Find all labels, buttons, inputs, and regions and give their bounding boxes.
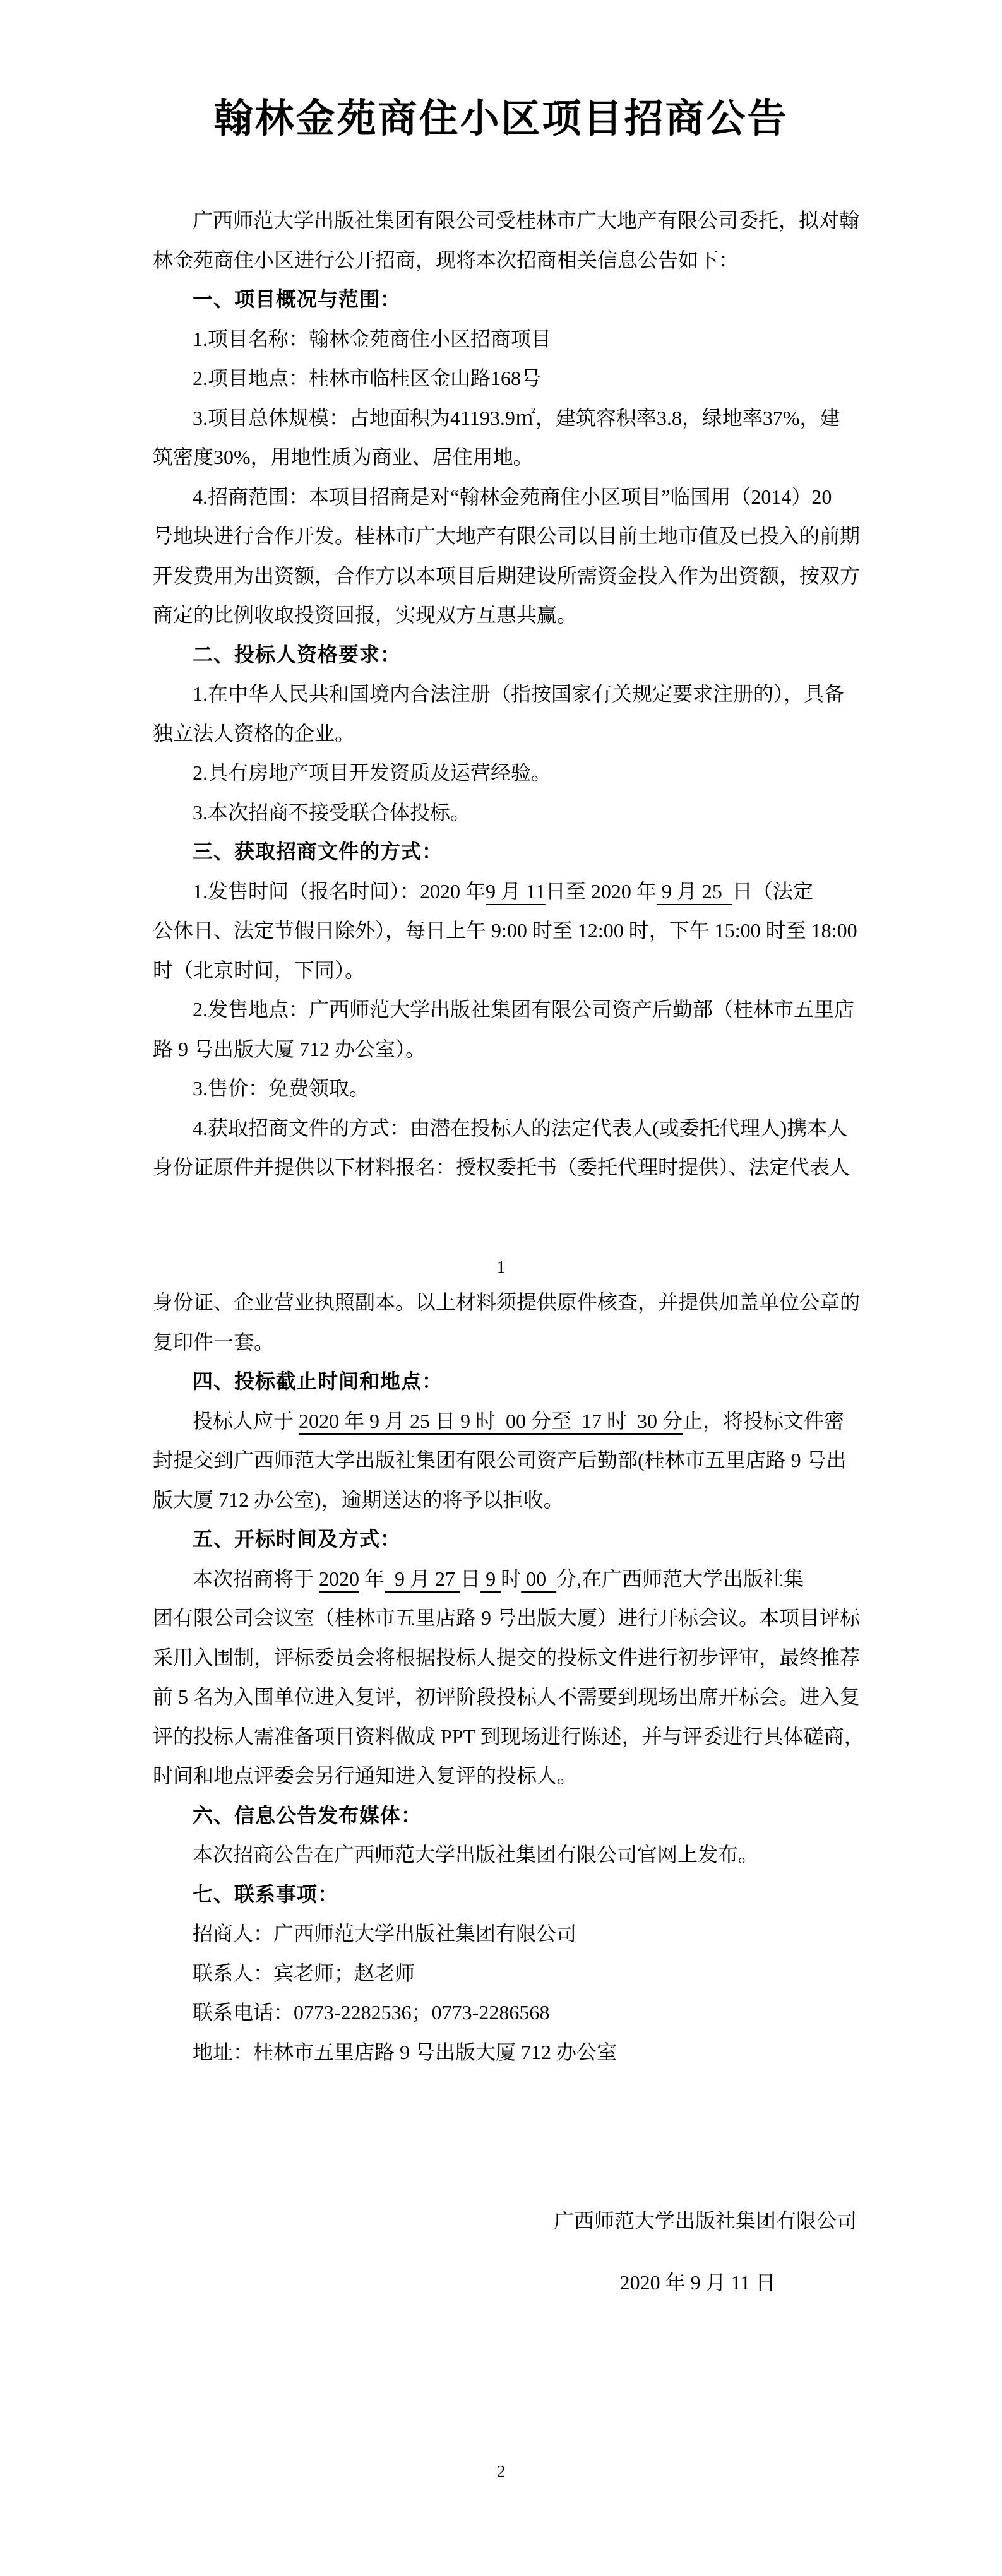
- text-line: 2.发售地点：广西师范大学出版社集团有限公司资产后勤部（桂林市五里店: [153, 990, 866, 1030]
- text-segment: 广西师范大学出版社集团有限公司受桂林市广大地产有限公司委托，拟对翰: [193, 209, 859, 232]
- text-segment: 2.发售地点：广西师范大学出版社集团有限公司资产后勤部（桂林市五里店: [193, 998, 854, 1021]
- page2-number: 2: [0, 2462, 1002, 2481]
- text-line: 2.具有房地产项目开发资质及运营经验。: [153, 753, 866, 793]
- section-heading: 七、联系事项：: [153, 1875, 866, 1914]
- underlined-date-text: 00: [521, 1567, 556, 1590]
- text-segment: 二、投标人资格要求：: [193, 643, 401, 666]
- text-segment: 4.招商范围：本项目招商是对“翰林金苑商住小区项目”临国用（2014）20: [193, 485, 832, 508]
- text-line: 3.项目总体规模：占地面积为41193.9㎡，建筑容积率3.8，绿地率37%，建: [153, 398, 866, 438]
- text-line: 时间和地点评委会另行通知进入复评的投标人。: [153, 1756, 866, 1796]
- text-line: 商定的比例收取投资回报，实现双方互惠共赢。: [153, 595, 866, 635]
- page2-text-block: 身份证、企业营业执照副本。以上材料须提供原件核查，并提供加盖单位公章的复印件一套…: [153, 1283, 866, 2072]
- text-segment: 4.获取招商文件的方式：由潜在投标人的法定代表人(或委托代理人)携本人: [193, 1117, 847, 1139]
- text-line: 采用入围制，评标委员会将根据投标人提交的投标文件进行初步评审，最终推荐: [153, 1638, 866, 1678]
- text-segment: 止，将投标文件密: [683, 1410, 844, 1432]
- text-line: 1.发售时间（报名时间）：2020 年9 月 11日至 2020 年 9 月 2…: [153, 872, 866, 911]
- text-segment: 身份证原件并提供以下材料报名：授权委托书（委托代理时提供）、法定代表人: [153, 1156, 850, 1178]
- text-line: 招商人：广西师范大学出版社集团有限公司: [153, 1914, 866, 1954]
- text-line: 身份证、企业营业执照副本。以上材料须提供原件核查，并提供加盖单位公章的: [153, 1283, 866, 1322]
- text-line: 广西师范大学出版社集团有限公司受桂林市广大地产有限公司委托，拟对翰: [153, 201, 866, 240]
- section-heading: 四、投标截止时间和地点：: [153, 1362, 866, 1401]
- text-segment: 时间和地点评委会另行通知进入复评的投标人。: [153, 1764, 577, 1787]
- page1-number: 1: [0, 1257, 1002, 1276]
- text-segment: 本次招商公告在广西师范大学出版社集团有限公司官网上发布。: [193, 1843, 758, 1866]
- text-line: 筑密度30%，用地性质为商业、居住用地。: [153, 437, 866, 477]
- section-heading: 一、项目概况与范围：: [153, 280, 866, 319]
- text-segment: 复印件一套。: [153, 1331, 274, 1353]
- text-segment: 路 9 号出版大厦 712 办公室）。: [153, 1038, 426, 1060]
- text-line: 独立法人资格的企业。: [153, 714, 866, 754]
- text-segment: 时（北京时间，下同）。: [153, 959, 365, 982]
- text-segment: 七、联系事项：: [193, 1883, 338, 1906]
- signature-company: 广西师范大学出版社集团有限公司: [0, 2202, 857, 2240]
- text-segment: 林金苑商住小区进行公开招商，现将本次招商相关信息公告如下：: [153, 249, 739, 271]
- text-line: 复印件一套。: [153, 1322, 866, 1362]
- text-line: 3.本次招商不接受联合体投标。: [153, 793, 866, 833]
- text-segment: 四、投标截止时间和地点：: [193, 1370, 443, 1392]
- text-segment: 日（法定: [732, 880, 813, 903]
- document-title: 翰林金苑商住小区项目招商公告: [0, 92, 1002, 146]
- text-segment: 身份证、企业营业执照副本。以上材料须提供原件核查，并提供加盖单位公章的: [153, 1291, 860, 1314]
- section-heading: 三、获取招商文件的方式：: [153, 832, 866, 872]
- text-line: 1.项目名称：翰林金苑商住小区招商项目: [153, 319, 866, 359]
- text-segment: 3.售价：免费领取。: [193, 1077, 369, 1100]
- text-segment: 1.发售时间（报名时间）：2020 年: [193, 880, 486, 903]
- text-line: 4.招商范围：本项目招商是对“翰林金苑商住小区项目”临国用（2014）20: [153, 477, 866, 517]
- text-line: 团有限公司会议室（桂林市五里店路 9 号出版大厦）进行开标会议。本项目评标: [153, 1598, 866, 1638]
- text-line: 1.在中华人民共和国境内合法注册（指按国家有关规定要求注册的），具备: [153, 674, 866, 714]
- text-line: 2.项目地点：桂林市临桂区金山路168号: [153, 359, 866, 398]
- text-line: 本次招商将于 2020 年 9 月 27 日 9 时 00 分,在广西师范大学出…: [153, 1559, 866, 1599]
- text-segment: 2.具有房地产项目开发资质及运营经验。: [193, 761, 551, 784]
- text-line: 号地块进行合作开发。桂林市广大地产有限公司以目前土地市值及已投入的前期: [153, 516, 866, 556]
- underlined-date-text: 9 月 27: [385, 1567, 460, 1590]
- text-segment: 公休日、法定节假日除外），每日上午 9:00 时至 12:00 时，下午 15:…: [153, 919, 857, 942]
- text-segment: 评的投标人需准备项目资料做成 PPT 到现场进行陈述，并与评委进行具体磋商，: [153, 1725, 864, 1748]
- signature-date: 2020 年 9 月 11 日: [540, 2264, 856, 2301]
- text-segment: 1.在中华人民共和国境内合法注册（指按国家有关规定要求注册的），具备: [193, 682, 844, 705]
- text-line: 3.售价：免费领取。: [153, 1069, 866, 1108]
- text-segment: 一、项目概况与范围：: [193, 288, 401, 311]
- text-segment: 招商人：广西师范大学出版社集团有限公司: [193, 1922, 576, 1945]
- text-segment: 联系人：宾老师；赵老师: [193, 1962, 415, 1985]
- text-segment: 2.项目地点：桂林市临桂区金山路168号: [193, 367, 541, 389]
- text-segment: 地址：桂林市五里店路 9 号出版大厦 712 办公室: [193, 2041, 617, 2063]
- text-line: 投标人应于 2020 年 9 月 25 日 9 时 00 分至 17 时 30 …: [153, 1401, 866, 1441]
- section-heading: 二、投标人资格要求：: [153, 635, 866, 675]
- text-segment: 本次招商将于: [193, 1567, 319, 1590]
- text-segment: 商定的比例收取投资回报，实现双方互惠共赢。: [153, 603, 577, 626]
- text-segment: 前 5 名为入围单位进入复评，初评阶段投标人不需要到现场出席开标会。进入复: [153, 1685, 860, 1708]
- text-line: 林金苑商住小区进行公开招商，现将本次招商相关信息公告如下：: [153, 240, 866, 280]
- text-line: 评的投标人需准备项目资料做成 PPT 到现场进行陈述，并与评委进行具体磋商，: [153, 1717, 866, 1757]
- text-segment: 日: [460, 1567, 480, 1590]
- text-segment: 时: [501, 1567, 521, 1590]
- underlined-date-text: 9 月 11: [486, 880, 546, 903]
- text-segment: 筑密度30%，用地性质为商业、居住用地。: [153, 446, 534, 468]
- text-segment: 年: [359, 1567, 385, 1590]
- section-heading: 五、开标时间及方式：: [153, 1519, 866, 1559]
- text-line: 开发费用为出资额，合作方以本项目后期建设所需资金投入作为出资额，按双方: [153, 556, 866, 596]
- text-segment: 版大厦 712 办公室)，逾期送达的将予以拒收。: [153, 1488, 564, 1511]
- underlined-date-text: 9 月 25: [657, 880, 732, 903]
- text-segment: 日至 2020 年: [546, 880, 657, 903]
- page1-text-block: 广西师范大学出版社集团有限公司受桂林市广大地产有限公司委托，拟对翰林金苑商住小区…: [153, 201, 866, 1187]
- text-segment: 开发费用为出资额，合作方以本项目后期建设所需资金投入作为出资额，按双方: [153, 564, 860, 587]
- text-line: 路 9 号出版大厦 712 办公室）。: [153, 1030, 866, 1069]
- text-line: 4.获取招商文件的方式：由潜在投标人的法定代表人(或委托代理人)携本人: [153, 1108, 866, 1148]
- text-line: 封提交到广西师范大学出版社集团有限公司资产后勤部(桂林市五里店路 9 号出: [153, 1440, 866, 1480]
- text-segment: 3.项目总体规模：占地面积为41193.9㎡，建筑容积率3.8，绿地率37%，建: [193, 407, 840, 429]
- text-segment: 投标人应于: [193, 1410, 299, 1432]
- text-line: 联系人：宾老师；赵老师: [153, 1954, 866, 1993]
- text-segment: 3.本次招商不接受联合体投标。: [193, 801, 470, 824]
- text-segment: 号地块进行合作开发。桂林市广大地产有限公司以目前土地市值及已投入的前期: [153, 525, 860, 547]
- text-line: 公休日、法定节假日除外），每日上午 9:00 时至 12:00 时，下午 15:…: [153, 911, 866, 951]
- text-segment: 六、信息公告发布媒体：: [193, 1804, 422, 1827]
- text-line: 联系电话：0773-2282536；0773-2286568: [153, 1993, 866, 2033]
- underlined-date-text: 2020: [319, 1567, 359, 1590]
- announcement-document: 翰林金苑商住小区项目招商公告 广西师范大学出版社集团有限公司受桂林市广大地产有限…: [0, 0, 1002, 2576]
- text-segment: 三、获取招商文件的方式：: [193, 840, 443, 863]
- text-segment: 分,在广西师范大学出版社集: [556, 1567, 804, 1590]
- text-line: 版大厦 712 办公室)，逾期送达的将予以拒收。: [153, 1480, 866, 1520]
- text-segment: 独立法人资格的企业。: [153, 722, 355, 745]
- underlined-date-text: 2020 年 9 月 25 日 9 时 00 分至 17 时 30 分: [299, 1410, 683, 1432]
- text-line: 身份证原件并提供以下材料报名：授权委托书（委托代理时提供）、法定代表人: [153, 1148, 866, 1187]
- text-segment: 1.项目名称：翰林金苑商住小区招商项目: [193, 328, 551, 350]
- text-segment: 封提交到广西师范大学出版社集团有限公司资产后勤部(桂林市五里店路 9 号出: [153, 1449, 847, 1471]
- text-line: 本次招商公告在广西师范大学出版社集团有限公司官网上发布。: [153, 1835, 866, 1875]
- text-line: 地址：桂林市五里店路 9 号出版大厦 712 办公室: [153, 2033, 866, 2072]
- text-line: 时（北京时间，下同）。: [153, 951, 866, 990]
- text-segment: 联系电话：0773-2282536；0773-2286568: [193, 2001, 549, 2024]
- underlined-date-text: 9: [480, 1567, 501, 1590]
- text-segment: 采用入围制，评标委员会将根据投标人提交的投标文件进行初步评审，最终推荐: [153, 1646, 860, 1669]
- text-segment: 团有限公司会议室（桂林市五里店路 9 号出版大厦）进行开标会议。本项目评标: [153, 1606, 860, 1629]
- section-heading: 六、信息公告发布媒体：: [153, 1796, 866, 1836]
- text-line: 前 5 名为入围单位进入复评，初评阶段投标人不需要到现场出席开标会。进入复: [153, 1677, 866, 1717]
- text-segment: 五、开标时间及方式：: [193, 1528, 401, 1550]
